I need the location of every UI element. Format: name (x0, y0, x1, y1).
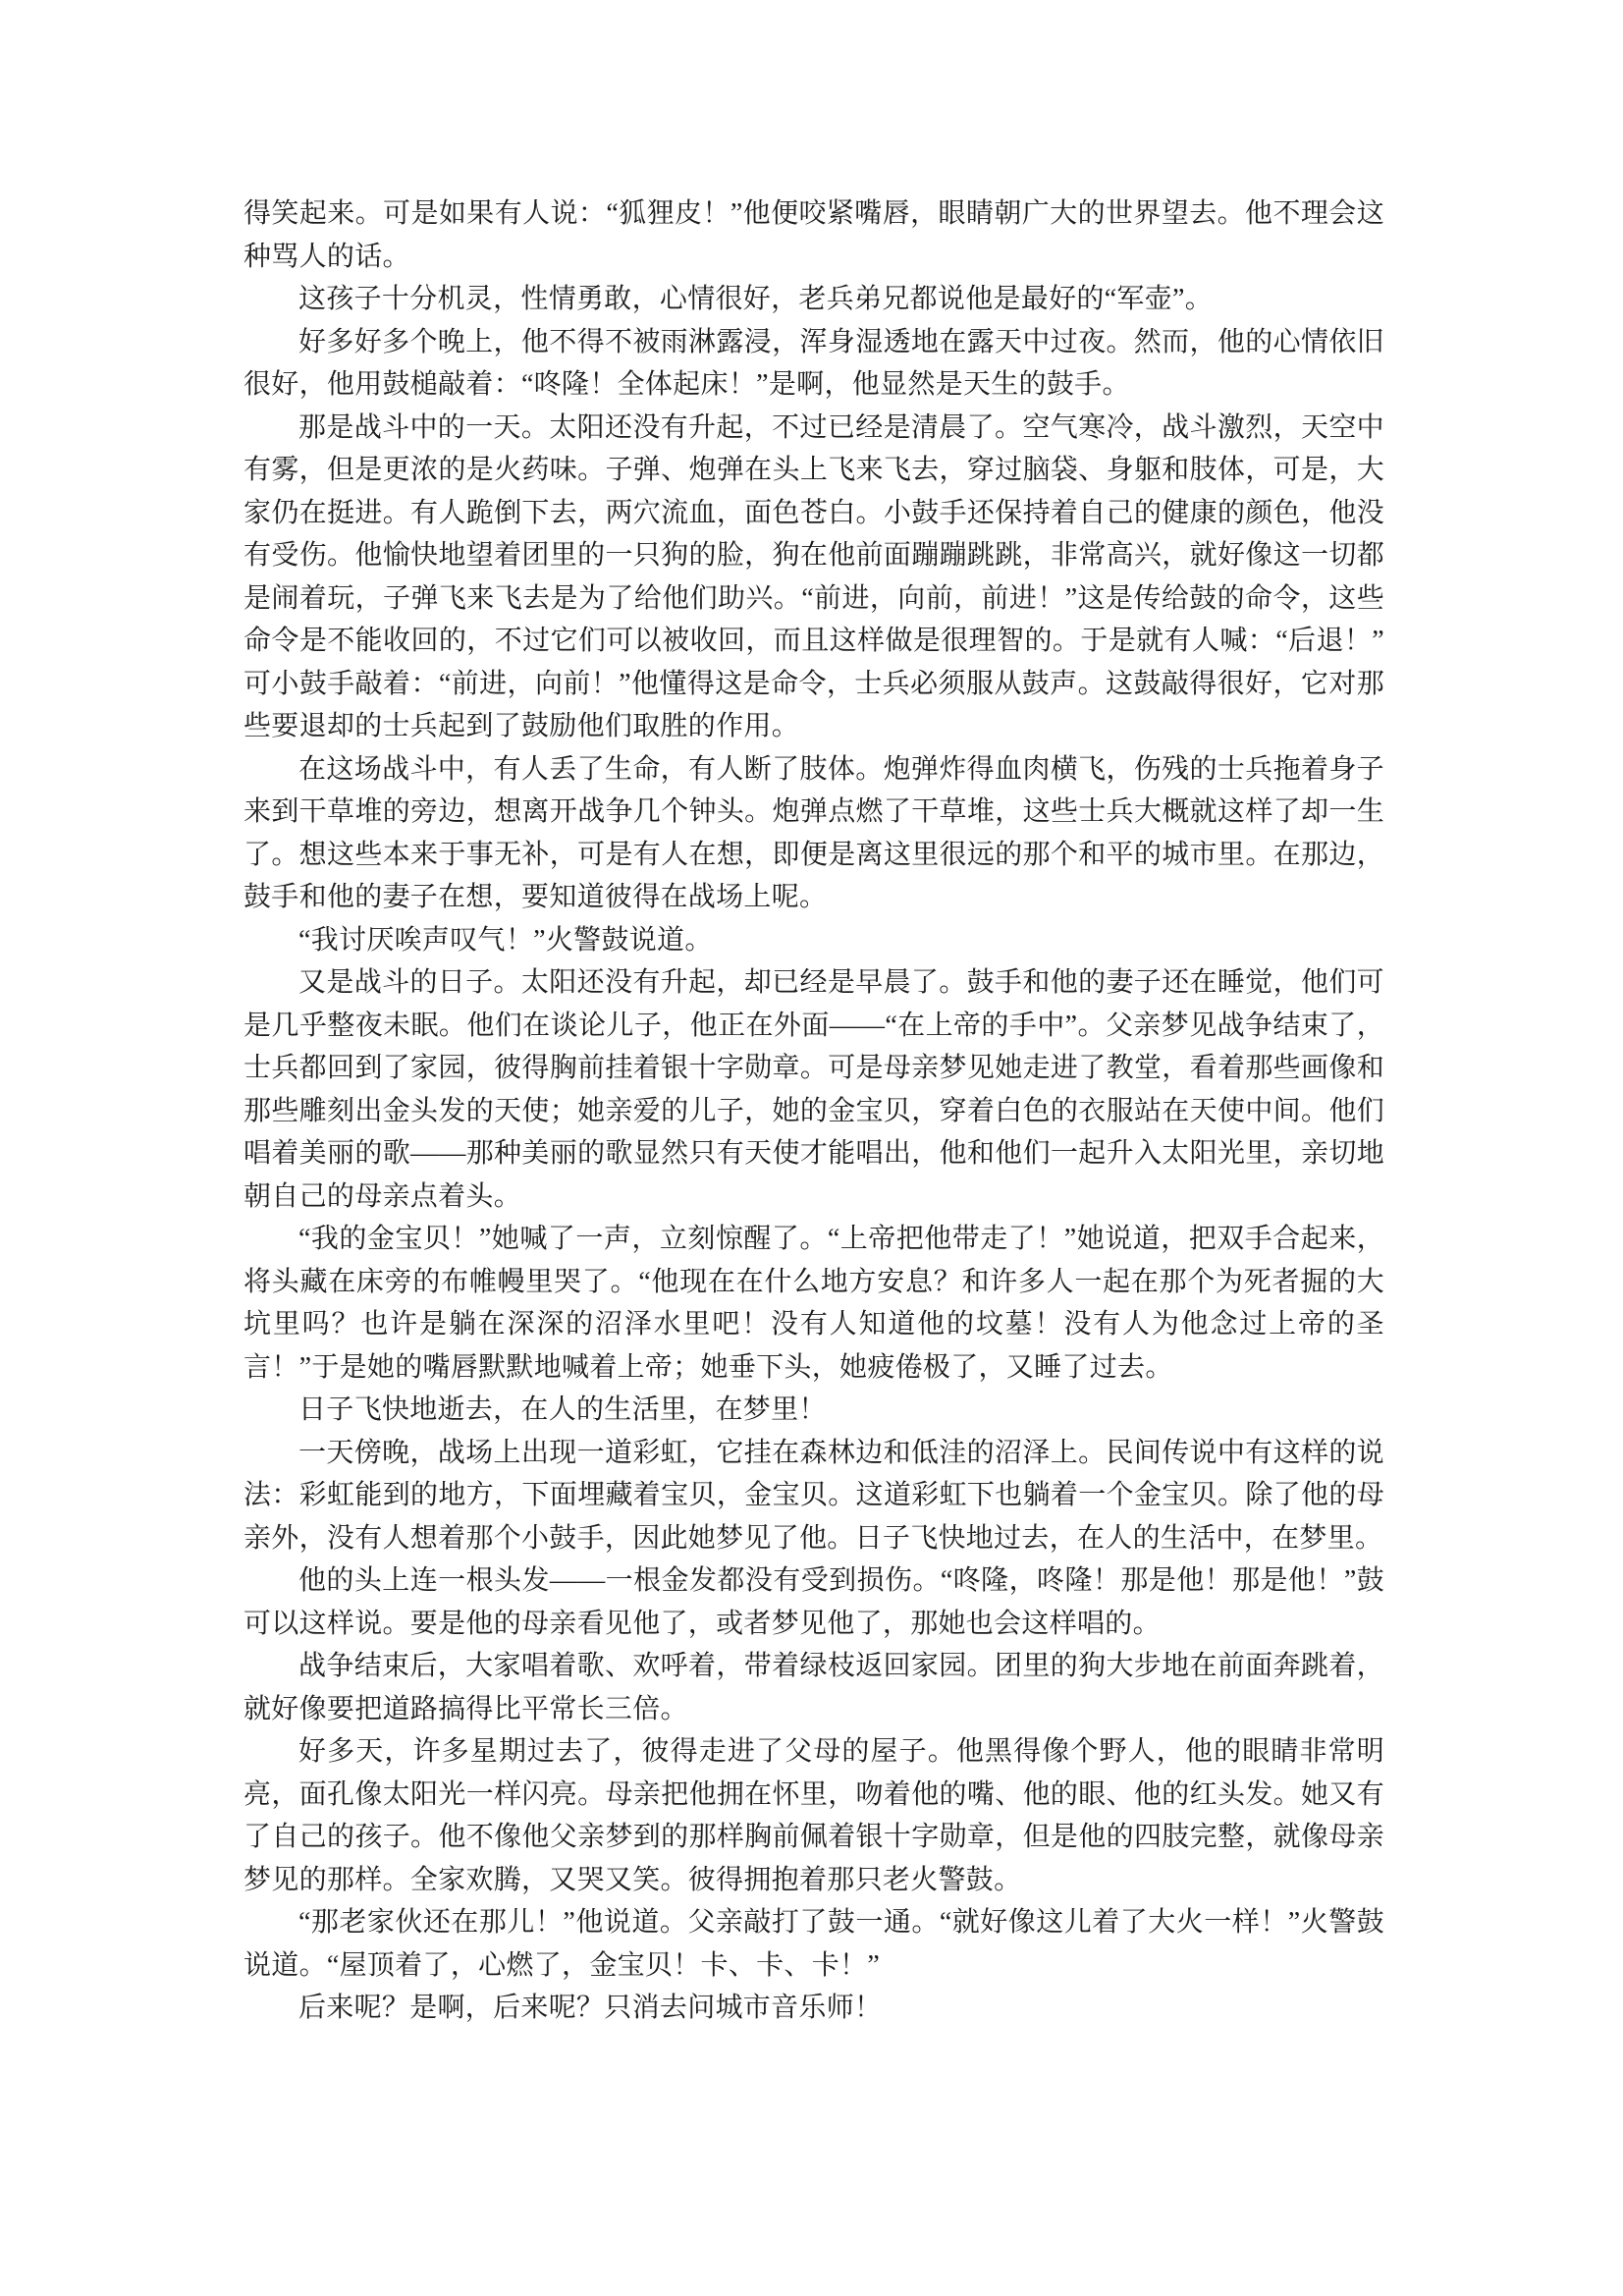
paragraph: 一天傍晚，战场上出现一道彩虹，它挂在森林边和低洼的沼泽上。民间传说中有这样的说法… (243, 1432, 1384, 1560)
story-text-block: 得笑起来。可是如果有人说：“狐狸皮！”他便咬紧嘴唇，眼睛朝广大的世界望去。他不理… (243, 192, 1384, 2030)
paragraph: 战争结束后，大家唱着歌、欢呼着，带着绿枝返回家园。团里的狗大步地在前面奔跳着，就… (243, 1645, 1384, 1730)
document-page: 得笑起来。可是如果有人说：“狐狸皮！”他便咬紧嘴唇，眼睛朝广大的世界望去。他不理… (0, 0, 1623, 2296)
paragraph: 这孩子十分机灵，性情勇敢，心情很好，老兵弟兄都说他是最好的“军壶”。 (243, 278, 1384, 321)
paragraph: 得笑起来。可是如果有人说：“狐狸皮！”他便咬紧嘴唇，眼睛朝广大的世界望去。他不理… (243, 192, 1384, 278)
paragraph: 在这场战斗中，有人丢了生命，有人断了肢体。炮弹炸得血肉横飞，伤残的士兵拖着身子来… (243, 748, 1384, 919)
paragraph: 日子飞快地逝去，在人的生活里，在梦里！ (243, 1389, 1384, 1432)
paragraph: “我的金宝贝！”她喊了一声，立刻惊醒了。“上帝把他带走了！”她说道，把双手合起来… (243, 1218, 1384, 1389)
paragraph: 那是战斗中的一天。太阳还没有升起，不过已经是清晨了。空气寒冷，战斗激烈，天空中有… (243, 407, 1384, 748)
paragraph: 又是战斗的日子。太阳还没有升起，却已经是早晨了。鼓手和他的妻子还在睡觉，他们可是… (243, 961, 1384, 1218)
paragraph: “那老家伙还在那儿！”他说道。父亲敲打了鼓一通。“就好像这儿着了大火一样！”火警… (243, 1901, 1384, 1987)
paragraph: “我讨厌唉声叹气！”火警鼓说道。 (243, 919, 1384, 962)
paragraph: 后来呢？是啊，后来呢？只消去问城市音乐师！ (243, 1987, 1384, 2030)
paragraph: 他的头上连一根头发——一根金发都没有受到损伤。“咚隆，咚隆！那是他！那是他！”鼓… (243, 1559, 1384, 1645)
paragraph: 好多天，许多星期过去了，彼得走进了父母的屋子。他黑得像个野人，他的眼睛非常明亮，… (243, 1730, 1384, 1901)
paragraph: 好多好多个晚上，他不得不被雨淋露浸，浑身湿透地在露天中过夜。然而，他的心情依旧很… (243, 321, 1384, 407)
